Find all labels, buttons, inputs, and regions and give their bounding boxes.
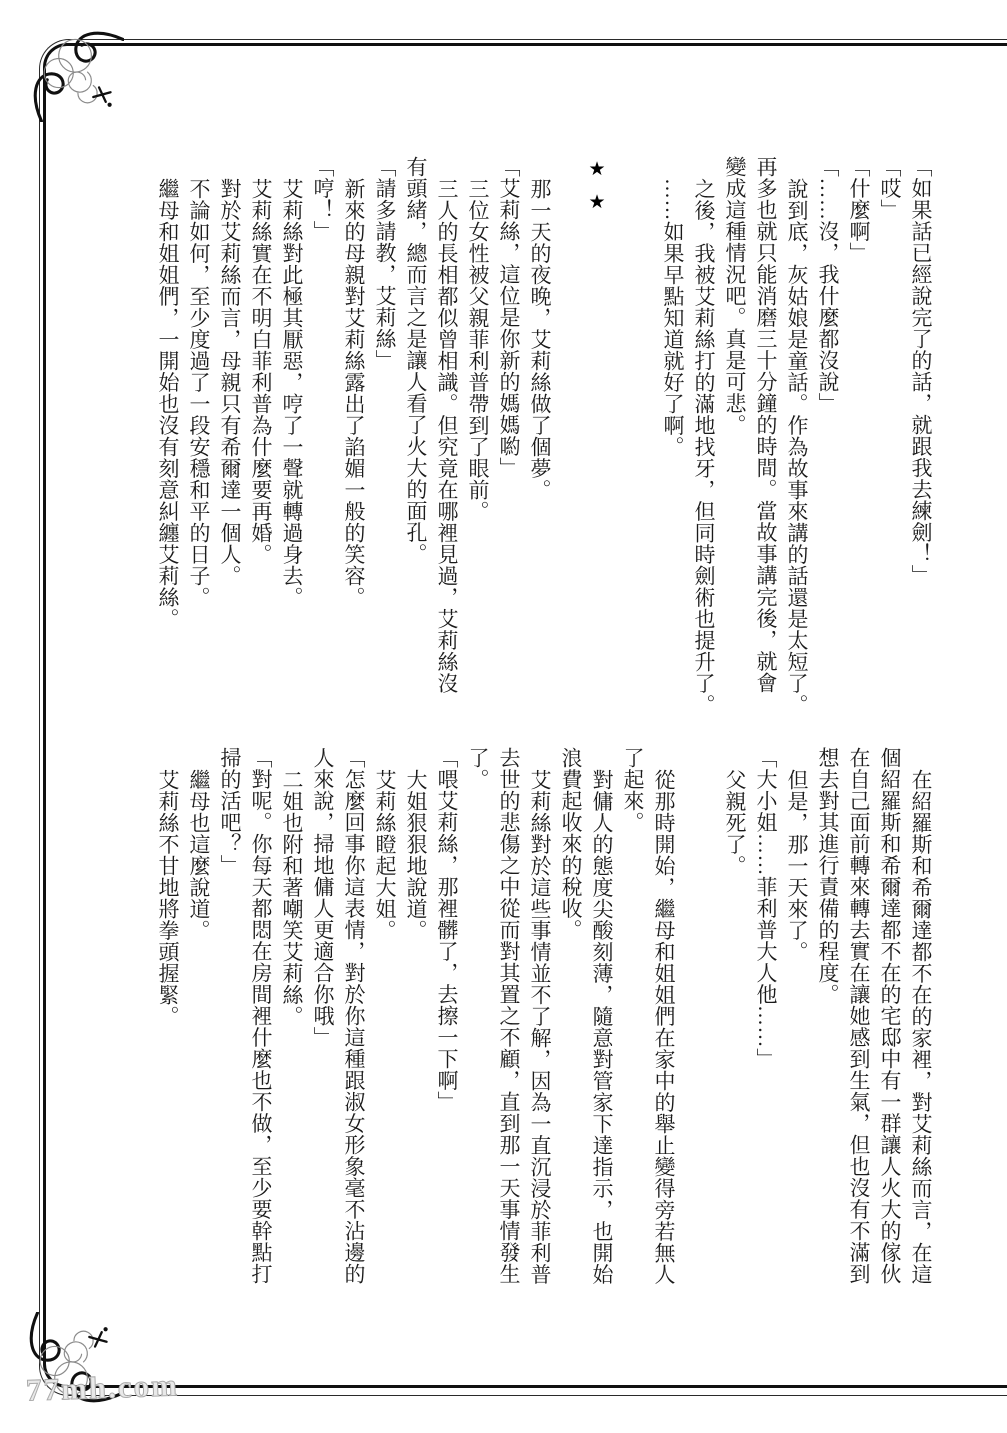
text-column: 有頭緒，總而言之是讓人看了火大的面孔。 — [400, 156, 431, 722]
text-column: 了。 — [462, 747, 493, 1292]
text-column: 再多也就只能消磨三十分鐘的時間。當故事講完後，就會 — [750, 156, 781, 722]
scene-divider-stars: ★★ — [581, 156, 612, 722]
text-column: 去世的悲傷之中從而對其置之不顧，直到那一天事情發生 — [493, 747, 524, 1292]
text-column: 艾莉絲實在不明白菲利普為什麼要再婚。 — [245, 156, 276, 722]
text-column: 從那時開始，繼母和姐姐們在家中的舉止變得旁若無人 — [648, 747, 679, 1292]
text-column: 「艾莉絲，這位是你新的媽媽喲」 — [493, 156, 524, 722]
text-column: 「對呢。你每天都悶在房間裡什麼也不做，至少要幹點打 — [245, 747, 276, 1292]
site-watermark: 77mh.com — [25, 1367, 179, 1408]
text-column: 不論如何，至少度過了一段安穩和平的日子。 — [183, 156, 214, 722]
text-column: 「怎麼回事你這表情，對於你這種跟淑女形象毫不沾邊的 — [338, 747, 369, 1292]
text-column: 艾莉絲不甘地將拳頭握緊。 — [152, 747, 183, 1292]
text-column: 繼母和姐姐們，一開始也沒有刻意糾纏艾莉絲。 — [152, 156, 183, 722]
text-column: 想去對其進行責備的程度。 — [812, 747, 843, 1292]
text-column: 「請多請教，艾莉絲」 — [369, 156, 400, 722]
text-column: 但是，那一天來了。 — [781, 747, 812, 1292]
text-column: 說到底，灰姑娘是童話。作為故事來講的話還是太短了。 — [781, 156, 812, 722]
text-column: 「喂艾莉絲，那裡髒了，去擦一下啊」 — [431, 747, 462, 1292]
text-column: 繼母也這麼說道。 — [183, 747, 214, 1292]
text-column: 艾莉絲對於這些事情並不了解，因為一直沉浸於菲利普 — [524, 747, 555, 1292]
text-column: 大姐狠狠地說道。 — [400, 747, 431, 1292]
text-column: 新來的母親對艾莉絲露出了諂媚一般的笑容。 — [338, 156, 369, 722]
text-column: 人來說，掃地傭人更適合你哦」 — [307, 747, 338, 1292]
text-column: 之後，我被艾莉絲打的滿地找牙，但同時劍術也提升了。 — [688, 156, 719, 722]
text-column: 掃的活吧？」 — [214, 747, 245, 1292]
text-column: 了起來。 — [617, 747, 648, 1292]
text-column: 「哎」 — [874, 156, 905, 722]
text-column: 浪費起收來的稅收。 — [555, 747, 586, 1292]
text-column: 變成這種情況吧。真是可悲。 — [719, 156, 750, 722]
text-column: 父親死了。 — [719, 747, 750, 1292]
text-column: 個紹羅斯和希爾達都不在的宅邸中有一群讓人火大的傢伙 — [874, 747, 905, 1292]
novel-text-top-section: 「如果話已經說完了的話，就跟我去練劍！」「哎」「什麼啊」「……沒，我什麼都沒說」… — [152, 156, 936, 722]
text-column: 在自己面前轉來轉去實在讓她感到生氣，但也沒有不滿到 — [843, 747, 874, 1292]
text-column: 三人的長相都似曾相識。但究竟在哪裡見過，艾莉絲沒 — [431, 156, 462, 722]
text-column: 「哼！」 — [307, 156, 338, 722]
text-column: 在紹羅斯和希爾達都不在的家裡，對艾莉絲而言，在這 — [905, 747, 936, 1292]
text-column: 艾莉絲對此極其厭惡，哼了一聲就轉過身去。 — [276, 156, 307, 722]
text-column: 那一天的夜晚，艾莉絲做了個夢。 — [524, 156, 555, 722]
text-column: 「大小姐……菲利普大人他……」 — [750, 747, 781, 1292]
text-column: 二姐也附和著嘲笑艾莉絲。 — [276, 747, 307, 1292]
text-column: 「……沒，我什麼都沒說」 — [812, 156, 843, 722]
text-column: 「什麼啊」 — [843, 156, 874, 722]
text-column: 「如果話已經說完了的話，就跟我去練劍！」 — [905, 156, 936, 722]
text-column: 對於艾莉絲而言，母親只有希爾達一個人。 — [214, 156, 245, 722]
corner-flourish-icon — [28, 26, 124, 122]
text-column: ……如果早點知道就好了啊。 — [657, 156, 688, 722]
text-column: 三位女性被父親菲利普帶到了眼前。 — [462, 156, 493, 722]
text-column: 艾莉絲瞪起大姐。 — [369, 747, 400, 1292]
novel-text-bottom-section: 在紹羅斯和希爾達都不在的家裡，對艾莉絲而言，在這個紹羅斯和希爾達都不在的宅邸中有… — [152, 747, 936, 1292]
text-column: 對傭人的態度尖酸刻薄，隨意對管家下達指示，也開始 — [586, 747, 617, 1292]
